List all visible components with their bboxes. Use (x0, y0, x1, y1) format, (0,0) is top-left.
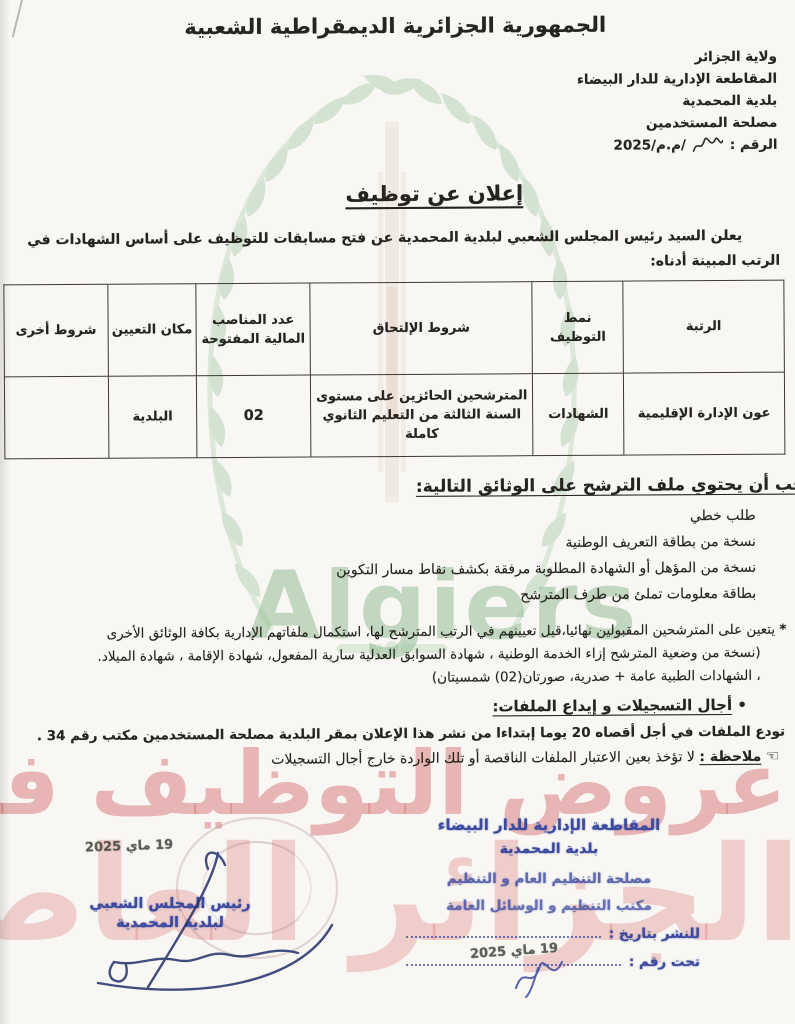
header-cell-other: شروط أخرى (4, 284, 108, 377)
ref-suffix: /م.م/2025 (613, 134, 685, 156)
handwritten-ref-number (691, 135, 725, 155)
intro-line2: الرتب المبينة أدناه: (650, 253, 780, 270)
note-text1: يتعين على المترشحين المقبولين نهائيا،قبل… (107, 622, 776, 642)
issuer-block: ولاية الجزائر المقاطعة الإدارية للدار ال… (8, 46, 778, 161)
header-cell-employment-type: نمط التوظيف (532, 281, 623, 374)
dotted-line (406, 935, 601, 938)
publish-date-label: للنشر بتاريخ : (609, 926, 700, 942)
stamp-district-line: المقاطعة الإدارية للدار البيضاء (398, 816, 700, 834)
deadlines-heading: • أجال التسجيلات و إيداع الملفات: (12, 696, 747, 718)
note-line3: ، الشهادات الطبية عامة + صدرية، صورتان(0… (12, 665, 761, 693)
vacancy-table: الرتبة نمط التوظيف شروط الإلتحاق عدد الم… (3, 280, 785, 460)
table-row: عون الإدارة الإقليمية الشهادات المترشحين… (4, 372, 784, 459)
cell-employment-type: الشهادات (533, 373, 624, 456)
header-cell-rank: الرتبة (623, 280, 785, 373)
handwritten-signature (40, 825, 370, 1005)
cell-location: البلدية (108, 376, 197, 459)
document-content: الجمهورية الجزائرية الديمقراطية الشعبية … (0, 12, 795, 770)
cell-rank: عون الإدارة الإقليمية (623, 372, 785, 455)
scan-edge-shadow (0, 0, 10, 1024)
cell-conditions: المترشحين الحائزين على مستوى السنة الثال… (310, 374, 533, 457)
deadlines-heading-text: أجال التسجيلات و إيداع الملفات: (492, 696, 732, 715)
deposit-instructions: تودع الملفات في أجل أقصاه 20 يوما إبتداء… (14, 724, 785, 745)
ref-label: الرقم : (730, 134, 778, 156)
bullet-icon: • (737, 696, 747, 714)
list-item: بطاقة معلومات تملئ من طرف المترشح (11, 581, 756, 612)
intro-paragraph: يعلن السيد رئيس المجلس الشعبي لبلدية الم… (13, 224, 780, 279)
cell-positions: 02 (197, 375, 311, 458)
signature-area: 19 ماي 2025 رئيس المجلس الشعبي لبلدية ال… (35, 815, 385, 1015)
registration-number-label: تحت رقم : (629, 954, 700, 970)
final-file-note: * يتعين على المترشحين المقبولين نهائيا،ق… (11, 619, 786, 693)
country-title: الجمهورية الجزائرية الديمقراطية الشعبية (8, 12, 783, 41)
reference-number-line: الرقم : /م.م/2025 (613, 134, 777, 157)
district-line: المقاطعة الإدارية للدار البيضاء (8, 68, 777, 95)
table-header-row: الرتبة نمط التوظيف شروط الإلتحاق عدد الم… (4, 280, 785, 377)
publish-date-row: للنشر بتاريخ : (398, 926, 700, 942)
remark-text: لا تؤخذ بعين الاعتبار الملفات الناقصة أو… (271, 749, 695, 768)
cell-other (4, 376, 108, 459)
header-cell-positions: عدد المناصب المالية المفتوحة (196, 283, 310, 376)
stamp-service-line: مصلحة التنظيم العام و التنظيم (398, 871, 700, 887)
header-cell-conditions: شروط الإلتحاق (310, 282, 533, 375)
scanned-document-page: Algiers عروض التوظيف في الجزائر العاصمة … (0, 0, 795, 1024)
documents-heading-wrap: يجب أن يحتوي ملف الترشح على الوثائق التا… (11, 474, 795, 499)
publication-stamp: المقاطعة الإدارية للدار البيضاء بلدية ال… (398, 816, 700, 970)
stamp-municipality-line: بلدية المحمدية (398, 841, 700, 857)
documents-list: طلب خطي نسخة من بطاقة التعريف الوطنية نس… (11, 503, 757, 612)
documents-heading: يجب أن يحتوي ملف الترشح على الوثائق التا… (416, 474, 795, 496)
intro-line1: يعلن السيد رئيس المجلس الشعبي لبلدية الم… (27, 224, 742, 253)
announcement-title: إعلان عن توظيف (345, 181, 523, 206)
stamp-office-line: مكتب التنظيم و الوسائل العامة (398, 898, 700, 914)
asterisk-marker: * (779, 622, 786, 638)
remark-label: ملاحظة : (699, 749, 761, 765)
pointing-hand-icon: ☜ (766, 747, 780, 765)
header-cell-location: مكان التعيين (108, 284, 197, 377)
handwritten-registration-number (508, 954, 578, 998)
